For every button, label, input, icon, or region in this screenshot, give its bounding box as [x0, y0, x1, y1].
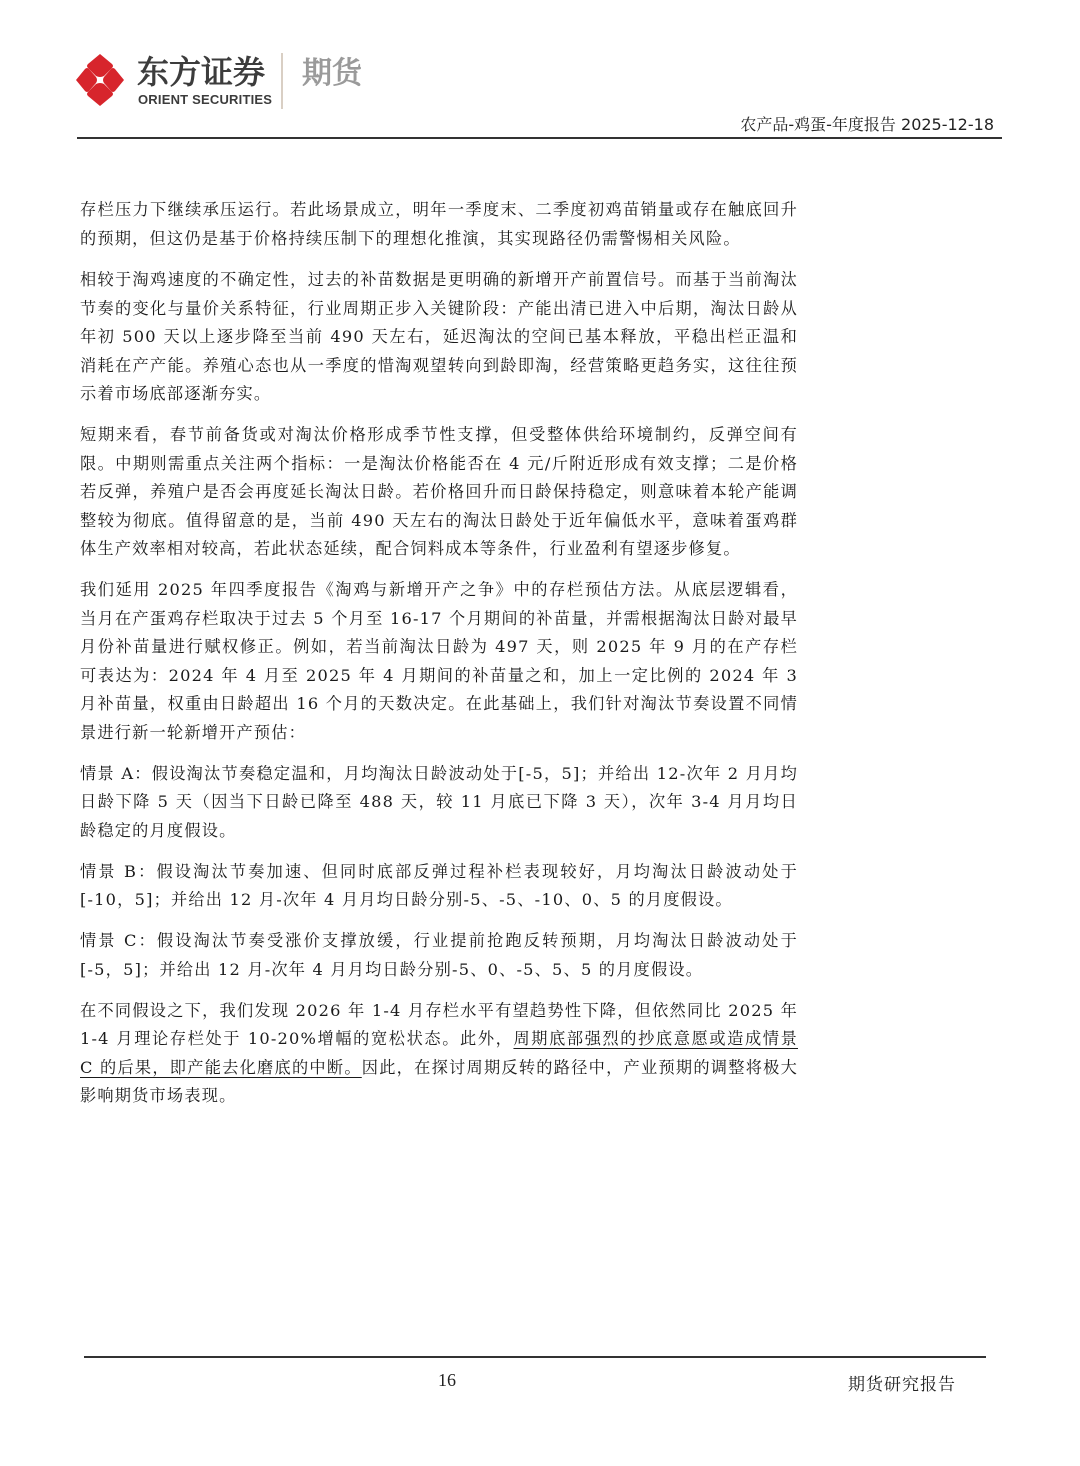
- header-divider: [77, 137, 1002, 139]
- scenario-c-paragraph: 情景 C：假设淘汰节奏受涨价支撑放缓，行业提前抢跑反转预期，月均淘汰日龄波动处于…: [80, 927, 798, 984]
- report-body: 存栏压力下继续承压运行。若此场景成立，明年一季度末、二季度初鸡苗销量或存在触底回…: [80, 196, 798, 1123]
- orient-securities-logo-icon: [74, 52, 126, 108]
- scenario-a-paragraph: 情景 A：假设淘汰节奏稳定温和，月均淘汰日龄波动处于[-5，5]；并给出 12-…: [80, 760, 798, 846]
- paragraph: 我们延用 2025 年四季度报告《淘鸡与新增开产之争》中的存栏预估方法。从底层逻…: [80, 576, 798, 747]
- footer-divider: [84, 1356, 986, 1358]
- report-title: 农产品-鸡蛋-年度报告 2025-12-18: [740, 112, 994, 135]
- brand-name-cn: 东方证券: [137, 54, 265, 90]
- brand-name-en: ORIENT SECURITIES: [138, 92, 272, 107]
- paragraph: 短期来看，春节前备货或对淘汰价格形成季节性支撑，但受整体供给环境制约，反弹空间有…: [80, 421, 798, 564]
- conclusion-paragraph: 在不同假设之下，我们发现 2026 年 1-4 月存栏水平有望趋势性下降，但依然…: [80, 997, 798, 1111]
- brand-divider: [281, 53, 283, 109]
- page-header: 东方证券 ORIENT SECURITIES 期货 农产品-鸡蛋-年度报告 20…: [0, 0, 1080, 140]
- paragraph: 存栏压力下继续承压运行。若此场景成立，明年一季度末、二季度初鸡苗销量或存在触底回…: [80, 196, 798, 253]
- footer-label: 期货研究报告: [848, 1370, 956, 1395]
- paragraph: 相较于淘鸡速度的不确定性，过去的补苗数据是更明确的新增开产前置信号。而基于当前淘…: [80, 266, 798, 409]
- page-number: 16: [438, 1370, 456, 1391]
- scenario-b-paragraph: 情景 B：假设淘汰节奏加速、但同时底部反弹过程补栏表现较好，月均淘汰日龄波动处于…: [80, 858, 798, 915]
- brand-subtitle: 期货: [302, 56, 362, 92]
